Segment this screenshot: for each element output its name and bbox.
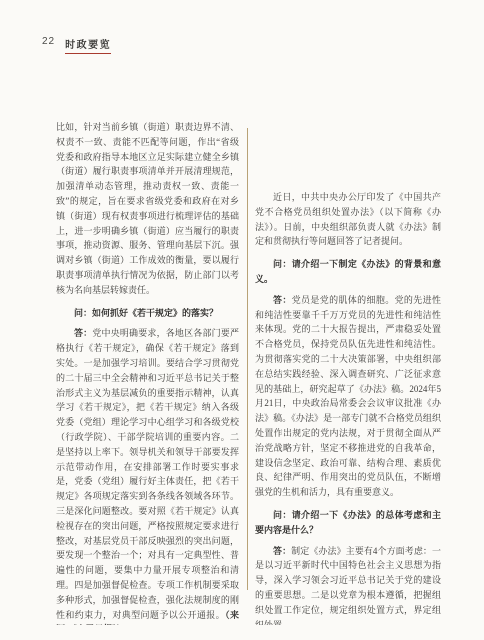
question-heading: 问：请介绍一下制定《办法》的背景和意义。 [255,257,441,287]
section-title: 时政要览 [65,36,111,54]
answer-text: 制定《办法》主要有4个方面考虑：一是以习近平新时代中国特色社会主义思想为指导，深… [255,546,441,625]
answer-label: 答： [273,546,291,556]
question-heading: 问：请介绍一下《办法》的总体考虑和主要内容是什么？ [255,508,441,538]
answer-text: 党员是党的肌体的细胞。党的先进性和纯洁性要靠千千万万党员的先进性和纯洁性来体现。… [255,295,441,497]
answer-label: 答： [74,328,92,338]
article-columns: 比如，针对当前乡镇（街道）职责边界不清、权责不一致、责能不匹配等问题，作出“省级… [56,120,448,625]
left-column: 比如，针对当前乡镇（街道）职责边界不清、权责不一致、责能不匹配等问题，作出“省级… [56,120,239,625]
page-number: 22 [42,36,55,47]
page-header: 22 时政要览 [42,36,111,54]
magazine-page: 22 时政要览 比如，针对当前乡镇（街道）职责边界不清、权责不一致、责能不匹配等… [0,0,484,640]
answer-paragraph: 答：制定《办法》主要有4个方面考虑：一是以习近平新时代中国特色社会主义思想为指导… [255,544,441,625]
answer-text: 党中央明确要求，各地区各部门要严格执行《若干规定》，确保《若干规定》落到实处。一… [56,328,239,619]
column-divider [247,128,248,590]
body-paragraph: 比如，针对当前乡镇（街道）职责边界不清、权责不一致、责能不匹配等问题，作出“省级… [56,120,239,298]
answer-paragraph: 答：党中央明确要求，各地区各部门要严格执行《若干规定》，确保《若干规定》落到实处… [56,326,239,625]
question-heading: 问：如何抓好《若干规定》的落实？ [56,306,239,321]
answer-paragraph: 答：党员是党的肌体的细胞。党的先进性和纯洁性要靠千千万万党员的先进性和纯洁性来体… [255,293,441,500]
right-column: 近日，中共中央办公厅印发了《中国共产党不合格党员组织处置办法》（以下简称《办法》… [255,120,441,625]
answer-label: 答： [273,295,292,305]
intro-paragraph: 近日，中共中央办公厅印发了《中国共产党不合格党员组织处置办法》（以下简称《办法》… [255,190,441,249]
